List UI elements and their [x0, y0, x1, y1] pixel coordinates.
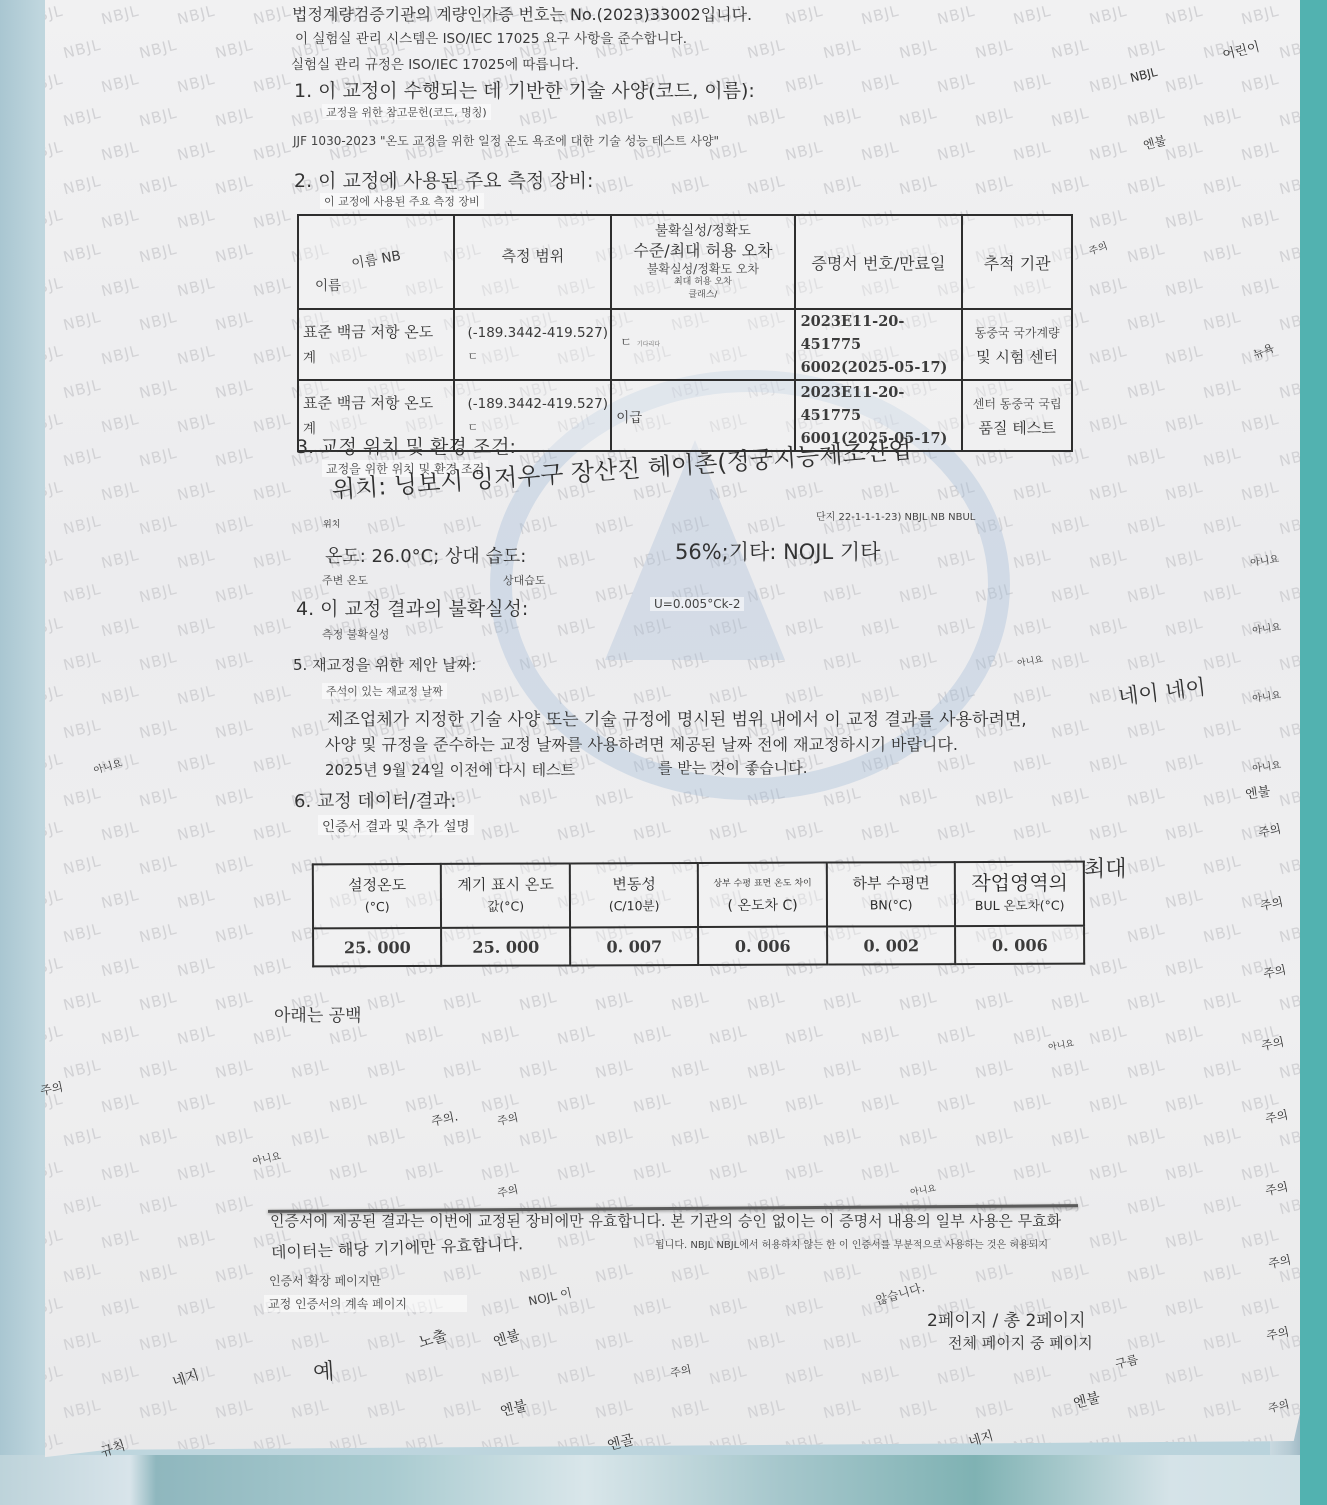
- watermark-text: NBJL: [1201, 376, 1243, 403]
- watermark-text: NBJL: [1087, 342, 1129, 369]
- watermark-text: NBJL: [555, 818, 597, 845]
- watermark-text: NBJL: [859, 818, 901, 845]
- watermark-text: NBJL: [1049, 172, 1091, 199]
- watermark-text: NBJL: [213, 512, 255, 539]
- watermark-text: NBJL: [213, 920, 255, 947]
- watermark-text: NBJL: [517, 1056, 559, 1083]
- watermark-text: NBJL: [517, 784, 559, 811]
- watermark-text: NBJL: [783, 70, 825, 97]
- temperature-label: 주변 온도: [322, 572, 368, 588]
- watermark-text: NBJL: [1201, 1396, 1243, 1423]
- watermark-text: NBJL: [745, 988, 787, 1015]
- watermark-text: NBJL: [1125, 444, 1167, 471]
- watermark-text: NBJL: [61, 852, 103, 879]
- watermark-text: NBJL: [1239, 138, 1281, 165]
- uncertainty-value: U=0.005°Ck-2: [650, 597, 744, 611]
- watermark-text: NBJL: [213, 988, 255, 1015]
- watermark-text: NBJL: [1087, 750, 1129, 777]
- watermark-text: NBJL: [137, 104, 179, 131]
- watermark-text: NBJL: [99, 546, 141, 573]
- watermark-text: NBJL: [1087, 1090, 1129, 1117]
- watermark-text: NBJL: [783, 1294, 825, 1321]
- section2-title: 2. 이 교정에 사용된 주요 측정 장비:: [294, 166, 593, 193]
- header-uncertainty-sub3: 클래스/: [612, 289, 793, 302]
- watermark-text: NBJL: [1011, 70, 1053, 97]
- watermark-text: NBJL: [669, 1396, 711, 1423]
- watermark-text: NBJL: [1277, 172, 1300, 199]
- watermark-text: NBJL: [707, 1362, 749, 1389]
- watermark-text: NBJL: [1049, 580, 1091, 607]
- watermark-text: NBJL: [251, 682, 293, 709]
- watermark-text: NBJL: [859, 138, 901, 165]
- watermark-text: NBJL: [441, 1396, 483, 1423]
- watermark-text: NBJL: [935, 70, 977, 97]
- watermark-text: NBJL: [1277, 512, 1300, 539]
- watermark-text: NBJL: [555, 1158, 597, 1185]
- watermark-text: NBJL: [1277, 852, 1300, 879]
- watermark-text: NBJL: [631, 1430, 673, 1457]
- watermark-text: NBJL: [327, 1090, 369, 1117]
- watermark-text: NBJL: [859, 1090, 901, 1117]
- watermark-text: NBJL: [1201, 920, 1243, 947]
- watermark-text: NBJL: [1087, 1158, 1129, 1185]
- watermark-text: NBJL: [45, 1294, 65, 1321]
- watermark-text: NBJL: [707, 818, 749, 845]
- watermark-text: NBJL: [137, 920, 179, 947]
- watermark-text: NBJL: [213, 648, 255, 675]
- watermark-text: NBJL: [1201, 1124, 1243, 1151]
- watermark-text: NBJL: [1087, 1022, 1129, 1049]
- watermark-text: NBJL: [593, 784, 635, 811]
- background-bottom: [0, 1455, 1300, 1505]
- watermark-text: NBJL: [99, 1022, 141, 1049]
- watermark-text: NBJL: [1011, 1362, 1053, 1389]
- watermark-text: NBJL: [99, 1362, 141, 1389]
- watermark-text: NBJL: [45, 954, 65, 981]
- watermark-text: NBJL: [99, 138, 141, 165]
- section5-subtitle: 주석이 있는 재교정 날짜: [322, 683, 447, 699]
- watermark-text: NBJL: [973, 104, 1015, 131]
- watermark-text: NBJL: [1125, 1396, 1167, 1423]
- watermark-text: NBJL: [441, 1124, 483, 1151]
- watermark-text: NBJL: [479, 818, 521, 845]
- results-column-header: 변동성(C/10분): [570, 863, 699, 927]
- watermark-text: NBJL: [1163, 614, 1205, 641]
- watermark-text: NBJL: [707, 1158, 749, 1185]
- watermark-text: NBJL: [45, 818, 65, 845]
- section3-title: 3. 교정 위치 및 환경 조건:: [296, 432, 516, 459]
- watermark-text: NBJL: [137, 988, 179, 1015]
- watermark-text: NBJL: [821, 988, 863, 1015]
- equipment-row: 표준 백금 저항 온도 계 (-189.3442-419.527) ㄷ ㄷ 기다…: [298, 309, 1072, 380]
- watermark-text: NBJL: [1277, 920, 1300, 947]
- watermark-text: NBJL: [669, 104, 711, 131]
- watermark-text: NBJL: [1239, 70, 1281, 97]
- watermark-text: NBJL: [935, 1158, 977, 1185]
- watermark-text: NBJL: [1011, 1022, 1053, 1049]
- watermark-text: NBJL: [745, 36, 787, 63]
- watermark-text: NBJL: [631, 1022, 673, 1049]
- watermark-text: NBJL: [1011, 1158, 1053, 1185]
- watermark-text: NBJL: [137, 1260, 179, 1287]
- watermark-text: NBJL: [897, 104, 939, 131]
- watermark-text: NBJL: [99, 206, 141, 233]
- watermark-text: NBJL: [1049, 784, 1091, 811]
- watermark-text: NBJL: [821, 1396, 863, 1423]
- watermark-text: NBJL: [1011, 1430, 1053, 1457]
- watermark-text: NBJL: [175, 1430, 217, 1457]
- results-value: 25. 000: [442, 927, 571, 965]
- watermark-text: NBJL: [45, 750, 65, 777]
- watermark-text: NBJL: [1201, 784, 1243, 811]
- watermark-text: NBJL: [1239, 274, 1281, 301]
- continuation-page: 교정 인증서의 계속 페이지: [264, 1295, 467, 1312]
- watermark-text: NBJL: [61, 1328, 103, 1355]
- results-value: 0. 006: [698, 927, 827, 965]
- watermark-text: NBJL: [137, 1124, 179, 1151]
- watermark-text: NBJL: [1163, 410, 1205, 437]
- watermark-text: NBJL: [1277, 580, 1300, 607]
- watermark-text: NBJL: [1201, 648, 1243, 675]
- watermark-text: NBJL: [1201, 1056, 1243, 1083]
- watermark-text: NBJL: [1125, 36, 1167, 63]
- watermark-text: NBJL: [1201, 1260, 1243, 1287]
- blank-below-note: 아래는 공백: [274, 1001, 362, 1026]
- iso-compliance: 이 실험실 관리 시스템은 ISO/IEC 17025 요구 사항을 준수합니다…: [295, 27, 687, 47]
- watermark-text: NBJL: [251, 2, 293, 29]
- watermark-text: NBJL: [251, 1430, 293, 1457]
- watermark-text: NBJL: [99, 954, 141, 981]
- watermark-text: NBJL: [1163, 342, 1205, 369]
- watermark-text: NBJL: [1239, 1294, 1281, 1321]
- watermark-text: NBJL: [593, 104, 635, 131]
- watermark-text: NBJL: [137, 852, 179, 879]
- watermark-text: NBJL: [821, 1260, 863, 1287]
- watermark-text: NBJL: [251, 342, 293, 369]
- watermark-text: NBJL: [251, 614, 293, 641]
- watermark-text: NBJL: [859, 2, 901, 29]
- watermark-text: NBJL: [327, 1430, 369, 1457]
- watermark-text: NBJL: [1125, 784, 1167, 811]
- watermark-text: NBJL: [175, 818, 217, 845]
- section1-title: 1. 이 교정이 수행되는 데 기반한 기술 사양(코드, 이름):: [294, 76, 755, 103]
- watermark-text: NBJL: [783, 138, 825, 165]
- watermark-text: NBJL: [1201, 580, 1243, 607]
- watermark-text: NBJL: [403, 1430, 445, 1457]
- watermark-text: NBJL: [1201, 444, 1243, 471]
- watermark-text: NBJL: [45, 546, 65, 573]
- watermark-text: NBJL: [783, 1022, 825, 1049]
- watermark-text: NBJL: [61, 240, 103, 267]
- validity-line1: 인증서에 제공된 결과는 이번에 교정된 장비에만 유효합니다. 본 기관의 승…: [270, 1210, 1061, 1231]
- results-column-header: 상부 수평 표면 온도 차이( 온도차 C): [698, 863, 827, 927]
- recal-advice: 를 받는 것이 좋습니다.: [658, 757, 807, 778]
- watermark-text: NBJL: [45, 1430, 65, 1457]
- header-trace: 추적 기관: [963, 251, 1071, 274]
- watermark-text: NBJL: [859, 1022, 901, 1049]
- watermark-text: NBJL: [1277, 240, 1300, 267]
- equipment-uncertainty: ㄷ 기다리다: [612, 331, 793, 350]
- section4-subtitle: 측정 불확실성: [322, 626, 389, 642]
- watermark-text: NBJL: [1163, 818, 1205, 845]
- watermark-text: NBJL: [251, 410, 293, 437]
- watermark-text: NBJL: [365, 1396, 407, 1423]
- watermark-text: NBJL: [175, 70, 217, 97]
- watermark-text: NBJL: [783, 1090, 825, 1117]
- watermark-text: NBJL: [213, 716, 255, 743]
- watermark-text: NBJL: [745, 172, 787, 199]
- watermark-text: NBJL: [1011, 614, 1053, 641]
- watermark-text: NBJL: [213, 1328, 255, 1355]
- watermark-text: NBJL: [365, 1328, 407, 1355]
- watermark-text: NBJL: [137, 648, 179, 675]
- watermark-text: NBJL: [555, 1022, 597, 1049]
- watermark-text: NBJL: [1163, 206, 1205, 233]
- watermark-text: NBJL: [213, 240, 255, 267]
- watermark-text: NBJL: [1277, 784, 1300, 811]
- watermark-text: NBJL: [61, 920, 103, 947]
- watermark-text: NBJL: [99, 1294, 141, 1321]
- equipment-name: 표준 백금 저항 온도 계: [299, 319, 453, 371]
- watermark-text: NBJL: [1087, 1430, 1129, 1457]
- watermark-text: NBJL: [1163, 750, 1205, 777]
- watermark-text: NBJL: [1201, 104, 1243, 131]
- watermark-text: NBJL: [213, 1260, 255, 1287]
- watermark-text: NBJL: [1011, 138, 1053, 165]
- watermark-text: NBJL: [669, 1260, 711, 1287]
- watermark-text: NBJL: [137, 716, 179, 743]
- recal-line1: 제조업체가 지정한 기술 사양 또는 기술 규정에 명시된 범위 내에서 이 교…: [327, 705, 1027, 730]
- watermark-text: NBJL: [251, 1362, 293, 1389]
- watermark-text: NBJL: [213, 444, 255, 471]
- watermark-text: NBJL: [45, 1158, 65, 1185]
- watermark-text: NBJL: [1125, 716, 1167, 743]
- header-uncertainty-top: 불확실성/정확도: [612, 222, 793, 240]
- watermark-text: NBJL: [99, 682, 141, 709]
- watermark-text: NBJL: [707, 1022, 749, 1049]
- watermark-text: NBJL: [1087, 614, 1129, 641]
- watermark-text: NBJL: [631, 1158, 673, 1185]
- watermark-text: NBJL: [175, 1158, 217, 1185]
- watermark-text: NBJL: [1239, 2, 1281, 29]
- watermark-text: NBJL: [61, 104, 103, 131]
- watermark-text: NBJL: [175, 274, 217, 301]
- watermark-text: NBJL: [859, 1158, 901, 1185]
- watermark-text: NBJL: [1087, 954, 1129, 981]
- watermark-text: NBJL: [441, 1056, 483, 1083]
- watermark-text: NBJL: [973, 1056, 1015, 1083]
- header-range: 측정 범위: [455, 245, 610, 266]
- watermark-text: NBJL: [745, 1396, 787, 1423]
- watermark-text: NBJL: [61, 648, 103, 675]
- watermark-text: NBJL: [517, 104, 559, 131]
- watermark-text: NBJL: [1049, 716, 1091, 743]
- watermark-text: NBJL: [1163, 1430, 1205, 1457]
- watermark-text: NBJL: [1087, 818, 1129, 845]
- watermark-text: NBJL: [631, 818, 673, 845]
- watermark-text: NBJL: [593, 1396, 635, 1423]
- watermark-text: NBJL: [555, 1430, 597, 1457]
- watermark-text: NBJL: [1125, 648, 1167, 675]
- watermark-text: NBJL: [1049, 36, 1091, 63]
- watermark-text: NBJL: [479, 1294, 521, 1321]
- watermark-text: NBJL: [1011, 546, 1053, 573]
- watermark-text: NBJL: [61, 1396, 103, 1423]
- watermark-text: NBJL: [175, 954, 217, 981]
- watermark-text: NBJL: [1163, 546, 1205, 573]
- watermark-text: NBJL: [137, 36, 179, 63]
- watermark-text: NBJL: [175, 1226, 217, 1253]
- watermark-text: NBJL: [175, 478, 217, 505]
- section6-title: 6. 교정 데이터/결과:: [294, 787, 456, 813]
- watermark-text: NBJL: [175, 1022, 217, 1049]
- watermark-text: NBJL: [45, 478, 65, 505]
- watermark-text: NBJL: [1125, 580, 1167, 607]
- watermark-text: NBJL: [213, 784, 255, 811]
- watermark-text: NBJL: [1201, 1192, 1243, 1219]
- watermark-text: NBJL: [45, 2, 65, 29]
- watermark-text: NBJL: [1163, 1158, 1205, 1185]
- results-value: 25. 000: [313, 928, 442, 966]
- watermark-text: NBJL: [745, 104, 787, 131]
- watermark-text: NBJL: [897, 172, 939, 199]
- watermark-text: NBJL: [897, 1056, 939, 1083]
- watermark-text: NBJL: [1239, 410, 1281, 437]
- watermark-text: NBJL: [175, 750, 217, 777]
- watermark-text: NBJL: [45, 1226, 65, 1253]
- watermark-text: NBJL: [1087, 478, 1129, 505]
- watermark-text: NBJL: [1049, 1260, 1091, 1287]
- watermark-text: NBJL: [1087, 1226, 1129, 1253]
- watermark-text: NBJL: [213, 1124, 255, 1151]
- watermark-text: NBJL: [1163, 274, 1205, 301]
- watermark-text: NBJL: [441, 988, 483, 1015]
- watermark-text: NBJL: [1087, 1294, 1129, 1321]
- equipment-uncertainty: 이급: [612, 406, 793, 426]
- watermark-text: NBJL: [517, 1124, 559, 1151]
- watermark-text: NBJL: [175, 138, 217, 165]
- watermark-text: NBJL: [137, 580, 179, 607]
- watermark-text: NBJL: [897, 988, 939, 1015]
- section1-subtitle: 교정을 위한 참고문헌(코드, 명칭): [322, 104, 491, 120]
- watermark-text: NBJL: [1049, 988, 1091, 1015]
- watermark-text: NBJL: [289, 1124, 331, 1151]
- watermark-text: NBJL: [859, 1362, 901, 1389]
- watermark-text: NBJL: [821, 104, 863, 131]
- watermark-text: NBJL: [99, 274, 141, 301]
- watermark-text: NBJL: [251, 274, 293, 301]
- watermark-text: NBJL: [99, 342, 141, 369]
- watermark-text: NBJL: [973, 1260, 1015, 1287]
- equipment-table: 이름 NB 이름 측정 범위 불확실성/정확도 수준/최대 허용 오차 불확실성…: [297, 214, 1073, 452]
- recal-date: 2025년 9월 24일 이전에 다시 테스트: [325, 759, 575, 780]
- watermark-text: NBJL: [897, 1124, 939, 1151]
- watermark-text: NBJL: [631, 1362, 673, 1389]
- watermark-text: NBJL: [707, 1430, 749, 1457]
- watermark-text: NBJL: [1125, 920, 1167, 947]
- watermark-text: NBJL: [213, 104, 255, 131]
- header-uncertainty-main: 수준/최대 허용 오차: [612, 240, 793, 262]
- watermark-text: NBJL: [45, 1362, 65, 1389]
- accreditation-statement: 법정계량검증기관의 계량인가증 번호는 No.(2023)33002입니다.: [292, 2, 752, 25]
- watermark-text: NBJL: [175, 410, 217, 437]
- watermark-text: NBJL: [593, 988, 635, 1015]
- watermark-text: NBJL: [1087, 206, 1129, 233]
- watermark-text: NBJL: [1011, 2, 1053, 29]
- watermark-text: NBJL: [1239, 478, 1281, 505]
- watermark-text: NBJL: [251, 954, 293, 981]
- watermark-text: NBJL: [175, 1090, 217, 1117]
- watermark-text: NBJL: [1163, 954, 1205, 981]
- humidity-label: 상대습도: [503, 572, 546, 588]
- watermark-text: NBJL: [821, 36, 863, 63]
- results-table: 설정온도(°C)계기 표시 온도값(°C)변동성(C/10분)상부 수평 표면 …: [312, 861, 1085, 968]
- watermark-text: NBJL: [1201, 1328, 1243, 1355]
- watermark-text: NBJL: [45, 614, 65, 641]
- iso-rules: 실험실 관리 규정은 ISO/IEC 17025에 따릅니다.: [291, 53, 579, 73]
- watermark-text: NBJL: [707, 1294, 749, 1321]
- watermark-text: NBJL: [251, 138, 293, 165]
- watermark-text: NBJL: [1163, 1022, 1205, 1049]
- watermark-text: NBJL: [1125, 1056, 1167, 1083]
- watermark-text: NBJL: [1277, 444, 1300, 471]
- watermark-text: NBJL: [403, 1158, 445, 1185]
- watermark-text: NBJL: [137, 784, 179, 811]
- watermark-text: NBJL: [45, 138, 65, 165]
- watermark-text: NBJL: [1277, 376, 1300, 403]
- watermark-text: NBJL: [45, 410, 65, 437]
- watermark-text: NBJL: [1163, 1090, 1205, 1117]
- watermark-text: NBJL: [593, 1260, 635, 1287]
- watermark-text: NBJL: [99, 70, 141, 97]
- watermark-text: NBJL: [289, 1056, 331, 1083]
- watermark-text: NBJL: [1125, 852, 1167, 879]
- watermark-text: NBJL: [1201, 852, 1243, 879]
- watermark-text: NBJL: [1277, 36, 1300, 63]
- results-value-row: 25. 00025. 0000. 0070. 0060. 0020. 006: [313, 926, 1084, 967]
- page-indicator-sub: 전체 페이지 중 페이지: [948, 1332, 1093, 1353]
- watermark-text: NBJL: [137, 172, 179, 199]
- watermark-text: NBJL: [1049, 1056, 1091, 1083]
- header-name: 이름: [315, 274, 341, 294]
- watermark-text: NBJL: [745, 1124, 787, 1151]
- watermark-text: NBJL: [213, 376, 255, 403]
- results-value: 0. 007: [570, 927, 699, 965]
- watermark-text: NBJL: [859, 1430, 901, 1457]
- watermark-text: NBJL: [1201, 240, 1243, 267]
- watermark-text: NBJL: [669, 1056, 711, 1083]
- results-value: 0. 006: [956, 926, 1085, 964]
- watermark-text: NBJL: [935, 2, 977, 29]
- watermark-text: NBJL: [1087, 2, 1129, 29]
- watermark-text: NBJL: [1277, 1124, 1300, 1151]
- watermark-text: NBJL: [137, 308, 179, 335]
- watermark-text: NBJL: [745, 1260, 787, 1287]
- equipment-header-row: 이름 NB 이름 측정 범위 불확실성/정확도 수준/최대 허용 오차 불확실성…: [298, 215, 1072, 309]
- watermark-text: NBJL: [669, 1328, 711, 1355]
- annotation-text: 엔불: [1244, 780, 1272, 802]
- watermark-text: NBJL: [707, 1090, 749, 1117]
- watermark-text: NBJL: [973, 784, 1015, 811]
- watermark-text: NBJL: [1201, 308, 1243, 335]
- watermark-text: NBJL: [1163, 478, 1205, 505]
- watermark-text: NBJL: [1125, 172, 1167, 199]
- watermark-text: NBJL: [1125, 988, 1167, 1015]
- watermark-text: NBJL: [1163, 2, 1205, 29]
- watermark-text: NBJL: [1277, 308, 1300, 335]
- watermark-text: NBJL: [137, 1056, 179, 1083]
- watermark-text: NBJL: [1087, 546, 1129, 573]
